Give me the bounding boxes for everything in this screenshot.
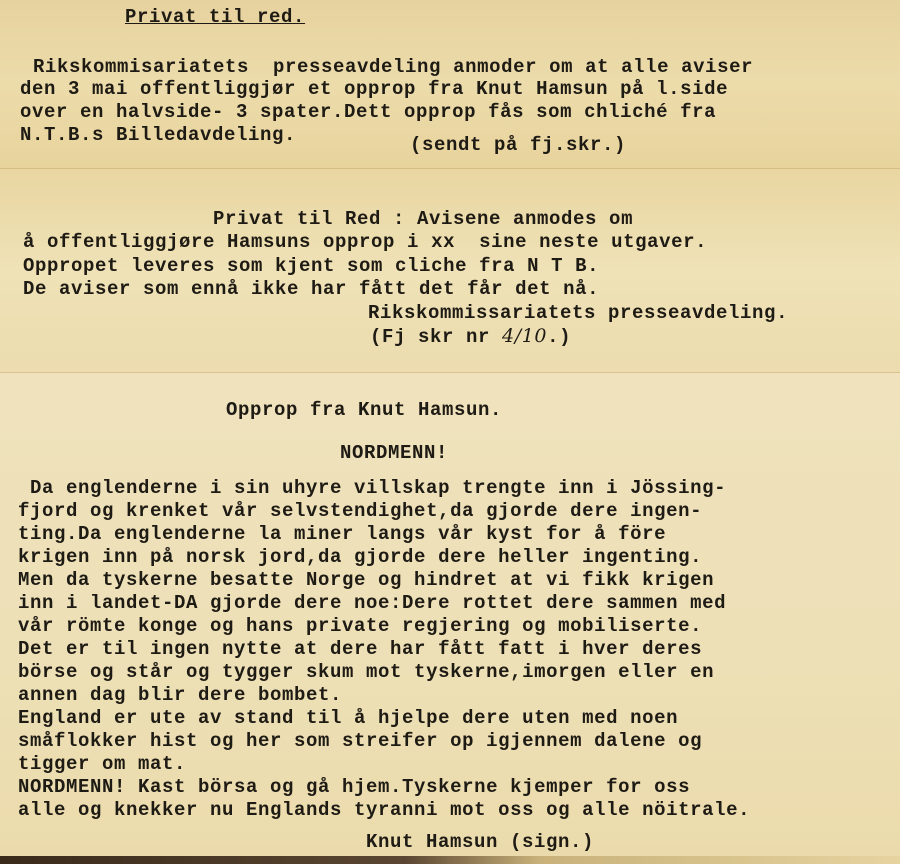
handwritten-number: 4/10	[502, 325, 547, 347]
appeal-line: småflokker hist og her som streifer op i…	[18, 730, 702, 752]
memo2-reference: (Fj skr nr 4/10.)	[370, 325, 571, 348]
appeal-line: Da englenderne i sin uhyre villskap tren…	[30, 477, 726, 499]
memo2-signature: Rikskommissariatets presseavdeling.	[368, 302, 788, 324]
appeal-signature: Knut Hamsun (sign.)	[366, 831, 594, 853]
memo1-heading: Privat til red.	[125, 6, 305, 28]
reference-prefix: (Fj skr nr	[370, 326, 502, 348]
paper-edge	[0, 856, 900, 864]
memo1-line: Rikskommisariatets presseavdeling anmode…	[33, 56, 753, 78]
memo2-line: å offentliggjøre Hamsuns opprop i xx sin…	[23, 231, 707, 253]
memo-sheet-2: Privat til Red : Avisene anmodes om å of…	[0, 168, 900, 373]
memo1-line: over en halvside- 3 spater.Dett opprop f…	[20, 101, 716, 123]
appeal-line: NORDMENN! Kast börsa og gå hjem.Tyskerne…	[18, 776, 690, 798]
appeal-line: krigen inn på norsk jord,da gjorde dere …	[18, 546, 702, 568]
memo2-line: De aviser som ennå ikke har fått det får…	[23, 278, 599, 300]
appeal-line: Det er til ingen nytte at dere har fått …	[18, 638, 702, 660]
appeal-line: inn i landet-DA gjorde dere noe:Dere rot…	[18, 592, 726, 614]
appeal-line: alle og knekker nu Englands tyranni mot …	[18, 799, 750, 821]
appeal-line: fjord og krenket vår selvstendighet,da g…	[18, 500, 702, 522]
appeal-line: tigger om mat.	[18, 753, 186, 775]
appeal-line: Men da tyskerne besatte Norge og hindret…	[18, 569, 714, 591]
memo1-note: (sendt på fj.skr.)	[410, 134, 626, 156]
reference-suffix: .)	[547, 326, 571, 348]
appeal-line: England er ute av stand til å hjelpe der…	[18, 707, 678, 729]
memo1-line: den 3 mai offentliggjør et opprop fra Kn…	[20, 78, 728, 100]
appeal-sheet: Opprop fra Knut Hamsun. NORDMENN! Da eng…	[0, 372, 900, 857]
appeal-line: börse og står og tygger skum mot tyskern…	[18, 661, 714, 683]
appeal-line: annen dag blir dere bombet.	[18, 684, 342, 706]
appeal-salutation: NORDMENN!	[340, 442, 448, 464]
memo2-line: Oppropet leveres som kjent som cliche fr…	[23, 255, 599, 277]
appeal-line: ting.Da englenderne la miner langs vår k…	[18, 523, 666, 545]
appeal-line: vår römte konge og hans private regjerin…	[18, 615, 702, 637]
memo2-line: Privat til Red : Avisene anmodes om	[213, 208, 633, 230]
memo1-line: N.T.B.s Billedavdeling.	[20, 124, 296, 146]
memo-sheet-1: Privat til red. Rikskommisariatets press…	[0, 0, 900, 168]
appeal-title: Opprop fra Knut Hamsun.	[226, 399, 502, 421]
